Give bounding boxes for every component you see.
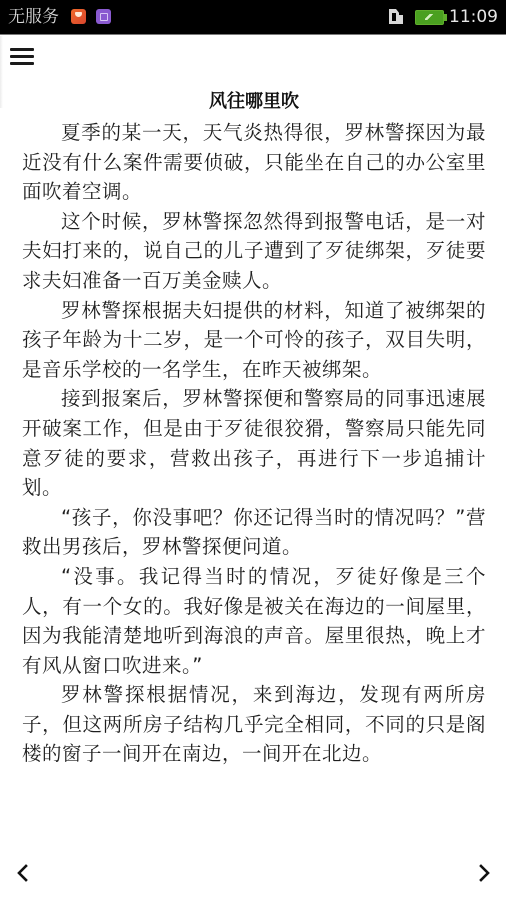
status-bar: 无服务 11:09 <box>0 0 506 35</box>
notification-app-orange-icon <box>71 9 86 24</box>
battery-charging-icon <box>415 10 444 25</box>
menu-bar-line <box>10 62 34 65</box>
notification-app-purple-icon <box>96 9 111 24</box>
clock-time: 11:09 <box>449 6 498 28</box>
hamburger-menu-icon[interactable] <box>6 44 38 70</box>
chevron-right-icon <box>473 862 495 884</box>
article-paragraph: 这个时候，罗林警探忽然得到报警电话，是一对夫妇打来的，说自己的儿子遭到了歹徒绑架… <box>22 207 486 296</box>
next-page-button[interactable] <box>473 862 495 884</box>
article-content: 风往哪里吹 夏季的某一天，天气炎热得很，罗林警探因为最近没有什么案件需要侦破，只… <box>22 86 486 769</box>
article-paragraph: “孩子，你没事吧？你还记得当时的情况吗？”营救出男孩后，罗林警探便问道。 <box>22 503 486 562</box>
previous-page-button[interactable] <box>12 862 34 884</box>
article-paragraph: 罗林警探根据夫妇提供的材料，知道了被绑架的孩子年龄为十二岁，是一个可怜的孩子，双… <box>22 296 486 385</box>
article-paragraph: 罗林警探根据情况，来到海边，发现有两所房子，但这两所房子结构几乎完全相同，不同的… <box>22 680 486 769</box>
menu-bar-line <box>10 55 34 58</box>
article-title: 风往哪里吹 <box>22 86 486 118</box>
menu-bar-line <box>10 48 34 51</box>
sim-card-icon <box>389 9 399 24</box>
sim-alert-icon <box>399 15 403 24</box>
drawer-edge-shadow <box>0 36 3 108</box>
article-paragraph: 接到报案后，罗林警探便和警察局的同事迅速展开破案工作，但是由于歹徒很狡猾，警察局… <box>22 384 486 502</box>
chevron-left-icon <box>12 862 34 884</box>
article-paragraph: 夏季的某一天，天气炎热得很，罗林警探因为最近没有什么案件需要侦破，只能坐在自己的… <box>22 118 486 207</box>
article-paragraph: “没事。我记得当时的情况，歹徒好像是三个人，有一个女的。我好像是被关在海边的一间… <box>22 562 486 680</box>
carrier-label: 无服务 <box>8 6 59 28</box>
